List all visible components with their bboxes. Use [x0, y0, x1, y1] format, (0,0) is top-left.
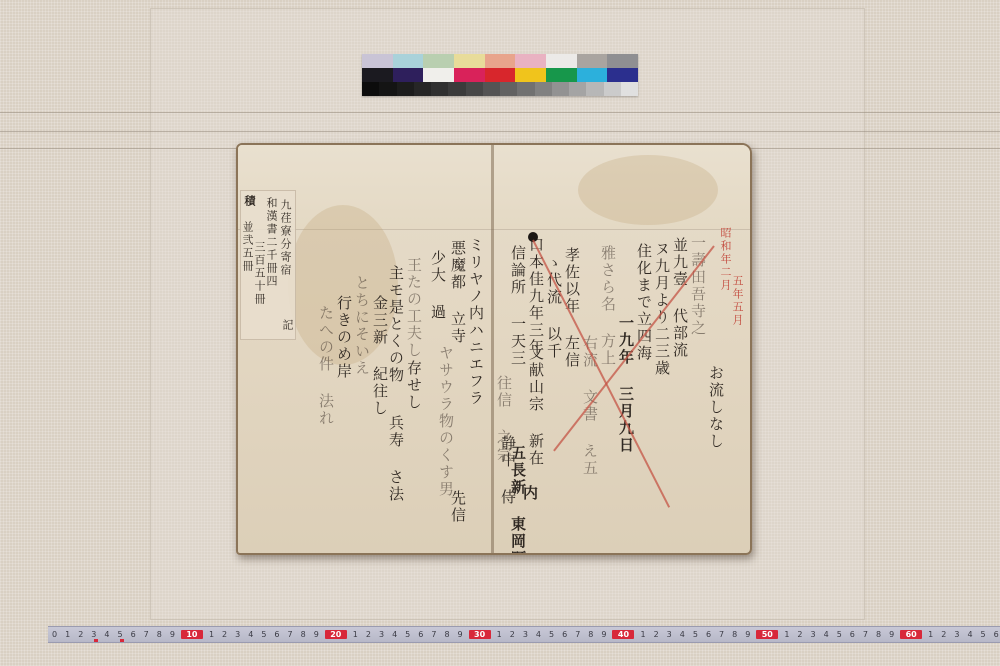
ruler-minor-label: 1: [349, 630, 362, 639]
ruler-minor-label: 1: [61, 630, 74, 639]
color-patch: [546, 54, 577, 68]
color-patch: [379, 82, 396, 96]
ruler-minor-label: 6: [270, 630, 283, 639]
ruler-minor-label: 4: [820, 630, 833, 639]
ruler-minor-label: 4: [963, 630, 976, 639]
color-patch: [414, 82, 431, 96]
open-manuscript-book: 九荏寮分寄宿 和漢書二千冊四 積 三百五十冊 並弐五冊 記 ミリヤノ内ハニエフラ…: [236, 143, 752, 555]
color-patch: [515, 54, 546, 68]
ruler-minor-label: 7: [715, 630, 728, 639]
manuscript-column: 信論所 一天三: [510, 245, 525, 367]
ruler-minor-label: 9: [885, 630, 898, 639]
manuscript-column: たへの件 法れ: [318, 305, 333, 427]
ruler-minor-label: 9: [310, 630, 323, 639]
color-patch: [515, 68, 546, 82]
label-line: 九荏寮分寄宿: [280, 199, 291, 277]
color-chart-grayscale-row: [362, 82, 638, 96]
ruler-major-label: 10: [181, 630, 203, 639]
ruler-minor-label: 8: [728, 630, 741, 639]
ruler-minor-label: 2: [793, 630, 806, 639]
ruler-minor-label: 5: [833, 630, 846, 639]
measurement-ruler: 0123456789101234567892012345678930123456…: [48, 626, 1000, 643]
manuscript-column: 雅さら名 方上: [600, 245, 615, 367]
color-patch: [423, 68, 454, 82]
ruler-minor-label: 6: [414, 630, 427, 639]
ruler-minor-label: 5: [545, 630, 558, 639]
ruler-minor-label: 5: [113, 630, 126, 639]
color-patch: [431, 82, 448, 96]
color-patch: [500, 82, 517, 96]
manuscript-column: ミリヤノ内ハニエフラ: [468, 237, 483, 407]
color-patch: [535, 82, 552, 96]
ruler-minor-label: 4: [532, 630, 545, 639]
ruler-major-label: 60: [900, 630, 922, 639]
ruler-major-label: 0: [48, 630, 61, 639]
color-patch: [485, 54, 516, 68]
manuscript-column: 悪魔都 立寺: [450, 240, 465, 345]
ruler-minor-label: 1: [780, 630, 793, 639]
ruler-minor-label: 2: [362, 630, 375, 639]
color-patch: [454, 68, 485, 82]
label-line: 積: [244, 195, 255, 208]
label-line: 和漢書二千冊四: [266, 197, 277, 288]
ruler-minor-label: 4: [388, 630, 401, 639]
ruler-minor-label: 5: [689, 630, 702, 639]
manuscript-column: 静中 侍: [500, 435, 515, 506]
pasted-label-slip: 九荏寮分寄宿 和漢書二千冊四 積 三百五十冊 並弐五冊 記: [240, 190, 296, 340]
ruler-minor-label: 6: [558, 630, 571, 639]
color-patch: [517, 82, 534, 96]
color-patch: [577, 68, 608, 82]
ruler-minor-label: 8: [584, 630, 597, 639]
color-patch: [546, 68, 577, 82]
manuscript-column: 一壽田吾寺之: [690, 235, 705, 337]
color-patch: [604, 82, 621, 96]
manuscript-column: 内: [522, 485, 537, 502]
ruler-minor-label: 9: [166, 630, 179, 639]
color-patch: [621, 82, 638, 96]
color-patch: [569, 82, 586, 96]
ruler-minor-label: 6: [702, 630, 715, 639]
red-margin-note: 昭和年二月: [720, 227, 731, 292]
ruler-minor-label: 2: [650, 630, 663, 639]
label-line: 記: [282, 319, 293, 332]
ruler-minor-label: 7: [427, 630, 440, 639]
ruler-minor-label: 7: [859, 630, 872, 639]
background-fold-line: [0, 131, 1000, 132]
ruler-major-label: 30: [469, 630, 491, 639]
ruler-minor-label: 2: [218, 630, 231, 639]
ruler-minor-label: 1: [636, 630, 649, 639]
book-spine: [491, 145, 494, 553]
manuscript-column: 兵寿 さ法: [388, 415, 403, 503]
color-patch: [362, 82, 379, 96]
color-patch: [362, 54, 393, 68]
ruler-minor-label: 1: [493, 630, 506, 639]
label-line: 並弐五冊: [242, 221, 253, 273]
color-patch: [397, 82, 414, 96]
manuscript-column: 少大 過: [430, 250, 445, 321]
color-patch: [448, 82, 465, 96]
color-patch: [454, 54, 485, 68]
ruler-minor-label: 3: [87, 630, 100, 639]
ruler-minor-label: 3: [231, 630, 244, 639]
ruler-minor-label: 4: [244, 630, 257, 639]
manuscript-column: お流しなし: [708, 365, 723, 450]
ruler-minor-label: 2: [937, 630, 950, 639]
manuscript-column: 先信: [450, 490, 465, 524]
label-line: 三百五十冊: [254, 241, 265, 306]
ruler-minor-label: 4: [100, 630, 113, 639]
manuscript-column: とちにそいえ: [354, 275, 369, 377]
ruler-minor-label: 8: [153, 630, 166, 639]
ruler-minor-label: 9: [454, 630, 467, 639]
color-patch: [586, 82, 603, 96]
color-patch: [423, 54, 454, 68]
ruler-major-label: 20: [325, 630, 347, 639]
manuscript-column: 行きのめ岸: [336, 295, 351, 380]
ruler-minor-label: 2: [506, 630, 519, 639]
ruler-minor-label: 8: [872, 630, 885, 639]
color-calibration-chart: [362, 54, 638, 96]
manuscript-column: ヤサウラ物のくす男: [438, 345, 453, 498]
color-patch: [466, 82, 483, 96]
ruler-minor-label: 1: [924, 630, 937, 639]
color-patch: [362, 68, 393, 82]
color-patch: [552, 82, 569, 96]
background-fold-line: [0, 112, 1000, 113]
color-patch: [607, 68, 638, 82]
ruler-minor-label: 7: [140, 630, 153, 639]
water-stain: [578, 155, 718, 225]
ruler-minor-label: 5: [257, 630, 270, 639]
ruler-minor-label: 3: [519, 630, 532, 639]
ruler-minor-label: 4: [676, 630, 689, 639]
red-margin-note: 五年五月: [732, 275, 743, 327]
ruler-minor-label: 8: [440, 630, 453, 639]
ruler-minor-label: 9: [741, 630, 754, 639]
color-patch: [485, 68, 516, 82]
ruler-minor-label: 7: [571, 630, 584, 639]
ruler-minor-label: 1: [205, 630, 218, 639]
ruler-minor-label: 7: [284, 630, 297, 639]
manuscript-column: 文献山宗 新在: [528, 345, 543, 467]
color-patch: [393, 54, 424, 68]
ruler-minor-label: 5: [401, 630, 414, 639]
ruler-minor-label: 3: [950, 630, 963, 639]
ruler-minor-label: 6: [846, 630, 859, 639]
manuscript-column: 主モ是とくの物: [388, 265, 403, 384]
ruler-minor-label: 8: [297, 630, 310, 639]
ruler-minor-label: 5: [977, 630, 990, 639]
ruler-major-label: 40: [612, 630, 634, 639]
color-chart-pastel-row: [362, 54, 638, 68]
ruler-major-label: 50: [756, 630, 778, 639]
ruler-minor-label: 2: [74, 630, 87, 639]
color-chart-saturated-row: [362, 68, 638, 82]
ruler-minor-label: 6: [990, 630, 1000, 639]
ruler-minor-label: 3: [807, 630, 820, 639]
manuscript-column: 王たの工夫し: [406, 257, 421, 359]
color-patch: [393, 68, 424, 82]
ruler-minor-label: 9: [597, 630, 610, 639]
ruler-minor-label: 6: [127, 630, 140, 639]
color-patch: [607, 54, 638, 68]
color-patch: [577, 54, 608, 68]
manuscript-column: 金三新 紀往し: [372, 295, 387, 417]
color-patch: [483, 82, 500, 96]
manuscript-column: 存せし: [406, 360, 421, 411]
ruler-minor-label: 3: [375, 630, 388, 639]
manuscript-column: ヌ九月より二三歳: [654, 241, 669, 377]
ruler-minor-label: 3: [663, 630, 676, 639]
